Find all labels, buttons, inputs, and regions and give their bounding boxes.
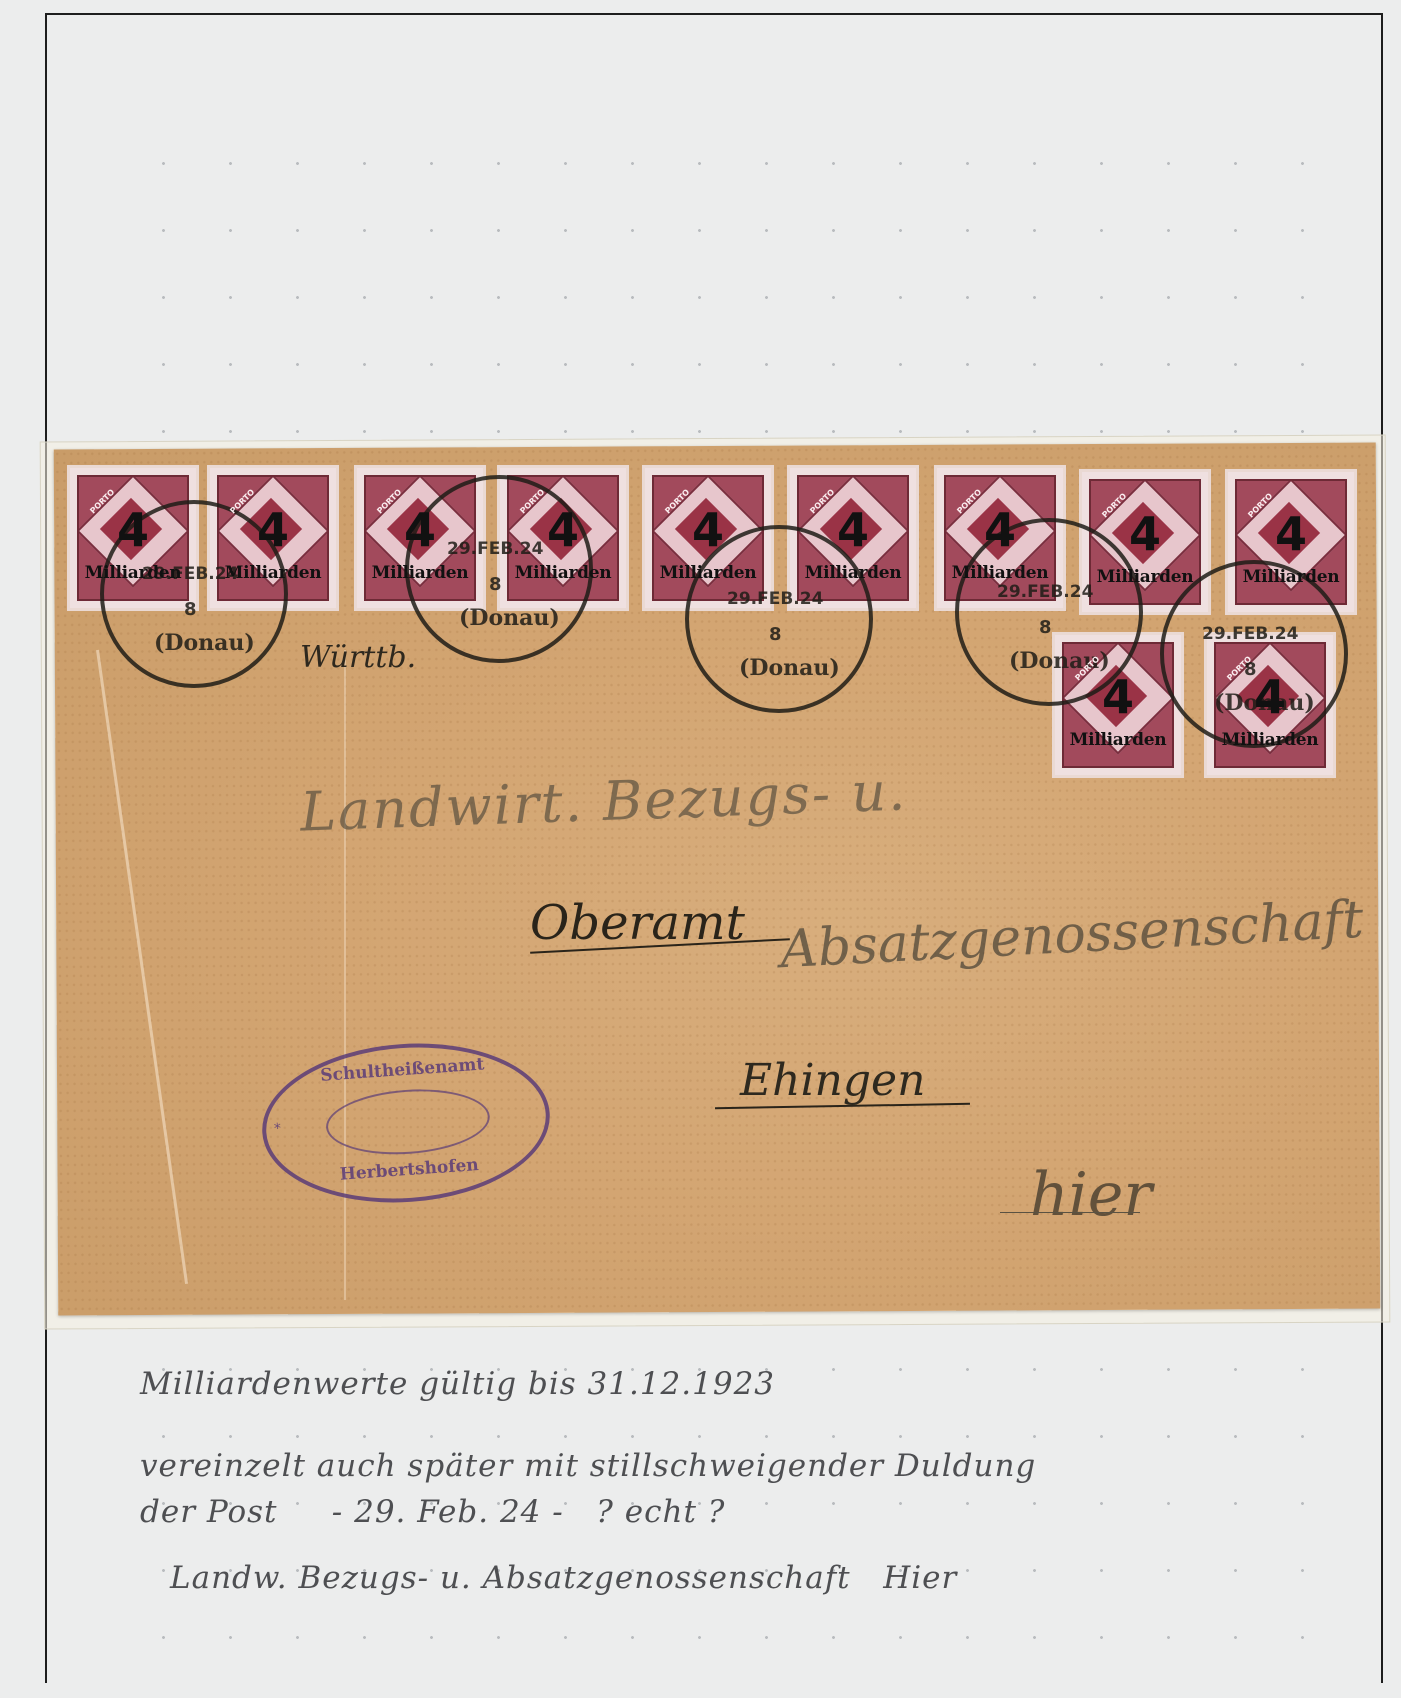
sender-note: Württb. xyxy=(300,640,416,675)
cachet-inner-oval xyxy=(324,1084,492,1159)
album-note: Milliardenwerte gültig bis 31.12.1923 xyxy=(140,1366,775,1402)
album-note: Landw. Bezugs- u. Absatzgenossenschaft H… xyxy=(170,1560,957,1596)
cachet-top-text: Schultheißenamt xyxy=(302,1053,503,1087)
address-underline xyxy=(1000,1212,1140,1213)
address-line: hier xyxy=(1030,1160,1152,1230)
cachet-bottom-text: Herbertshofen xyxy=(309,1153,510,1187)
album-note: vereinzelt auch später mit stillschweige… xyxy=(140,1448,1036,1484)
address-line: Ehingen xyxy=(740,1055,925,1106)
album-note: der Post - 29. Feb. 24 - ? echt ? xyxy=(140,1494,725,1530)
cachet-star-icon: * xyxy=(274,1121,282,1137)
album-page: PORTO4Milliarden PORTO4Milliarden PORTO4… xyxy=(0,0,1401,1698)
envelope-crease xyxy=(344,650,346,1300)
